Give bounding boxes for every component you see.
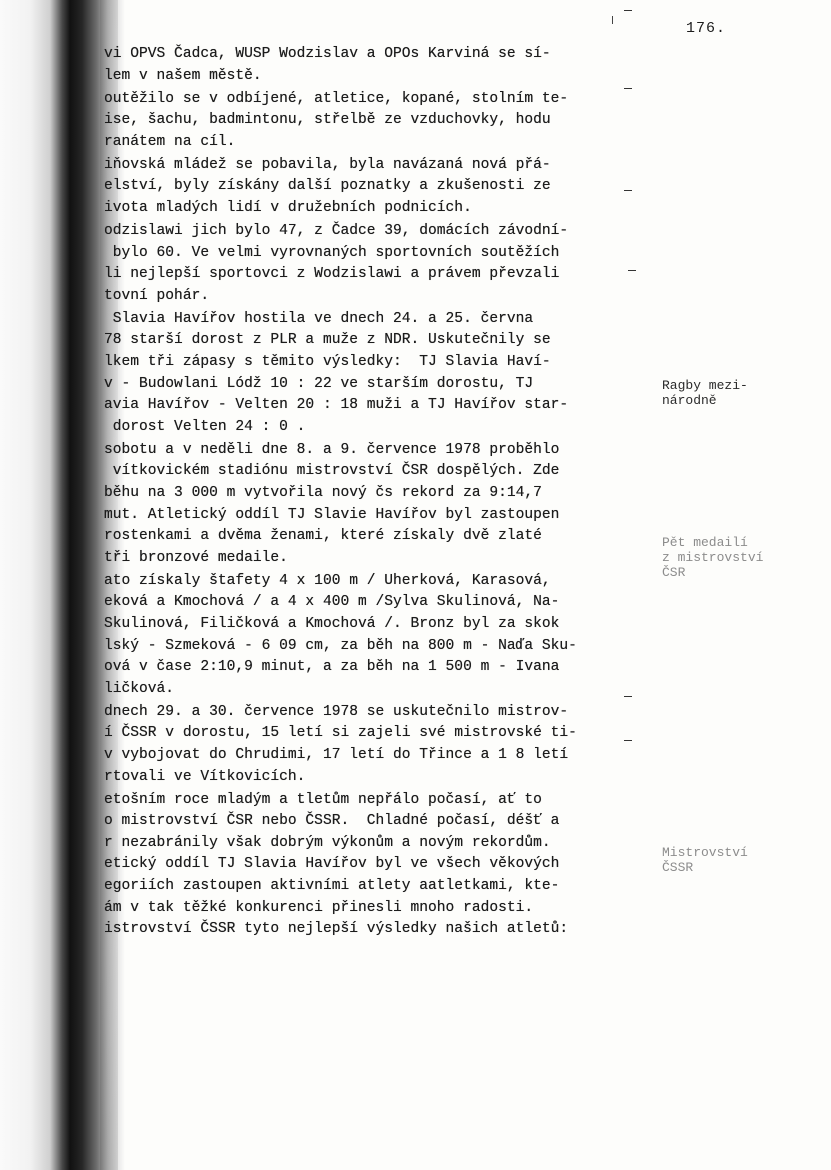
text-line: rtovali ve Vítkovicích. [104, 767, 305, 787]
text-line: v vybojovat do Chrudimi, 17 letí do Třin… [104, 745, 568, 765]
margin-note-five-medals: Pět medailí z mistrovství ČSR [662, 535, 763, 580]
text-line: dnech 29. a 30. července 1978 se uskuteč… [104, 702, 568, 722]
text-line: ise, šachu, badmintonu, střelbě ze vzduc… [104, 110, 551, 130]
text-line: ám v tak těžké konkurenci přinesli mnoho… [104, 898, 533, 918]
text-line: lský - Szmeková - 6 09 cm, za běh na 800… [104, 636, 577, 656]
text-line: li nejlepší sportovci z Wodzislawi a prá… [104, 264, 559, 284]
text-line: rostenkami a dvěma ženami, které získaly… [104, 526, 542, 546]
page-number: 176. [686, 20, 726, 37]
hyphen-mark [624, 740, 632, 741]
hyphen-mark [624, 10, 632, 11]
text-line: lkem tři zápasy s těmito výsledky: TJ Sl… [104, 352, 551, 372]
text-line: 78 starší dorost z PLR a muže z NDR. Usk… [104, 330, 551, 350]
text-line: ová v čase 2:10,9 minut, a za běh na 1 5… [104, 657, 559, 677]
hyphen-mark [628, 270, 636, 271]
hyphen-mark [624, 696, 632, 697]
text-line: bylo 60. Ve velmi vyrovnaných sportovníc… [104, 243, 559, 263]
pencil-tick-mark [612, 16, 613, 24]
text-line: mut. Atletický oddíl TJ Slavie Havířov b… [104, 505, 559, 525]
text-line: ličková. [104, 679, 174, 699]
text-line: ato získaly štafety 4 x 100 m / Uherková… [104, 571, 551, 591]
text-line: istrovství ČSSR tyto nejlepší výsledky n… [104, 919, 568, 939]
text-line: eková a Kmochová / a 4 x 400 m /Sylva Sk… [104, 592, 559, 612]
hyphen-mark [624, 88, 632, 89]
text-line: tři bronzové medaile. [104, 548, 288, 568]
text-line: odzislawi jich bylo 47, z Čadce 39, domá… [104, 221, 568, 241]
text-line: ranátem na cíl. [104, 132, 235, 152]
text-line: elství, byly získány další poznatky a zk… [104, 176, 551, 196]
text-line: Skulinová, Filičková a Kmochová /. Bronz… [104, 614, 559, 634]
text-line: ivota mladých lidí v družebních podnicíc… [104, 198, 472, 218]
text-line: iňovská mládež se pobavila, byla navázan… [104, 155, 551, 175]
text-line: v - Budowlani Lódž 10 : 22 ve starším do… [104, 374, 533, 394]
hyphen-mark [624, 190, 632, 191]
text-line: vi OPVS Čadca, WUSP Wodzislav a OPOs Kar… [104, 44, 551, 64]
text-line: dorost Velten 24 : 0 . [104, 417, 305, 437]
text-line: sobotu a v neděli dne 8. a 9. července 1… [104, 440, 559, 460]
text-line: avia Havířov - Velten 20 : 18 muži a TJ … [104, 395, 568, 415]
text-line: etický oddíl TJ Slavia Havířov byl ve vš… [104, 854, 559, 874]
margin-note-csr-championship: Mistrovství ČSSR [662, 845, 748, 875]
margin-note-rugby: Ragby mezi- národně [662, 378, 748, 408]
text-line: tovní pohár. [104, 286, 209, 306]
text-line: vítkovickém stadiónu mistrovství ČSR dos… [104, 461, 559, 481]
text-line: etošním roce mladým a tletům nepřálo poč… [104, 790, 542, 810]
text-line: r nezabránily však dobrým výkonům a nový… [104, 833, 551, 853]
text-line: outěžilo se v odbíjené, atletice, kopané… [104, 89, 568, 109]
text-line: egoriích zastoupen aktivními atlety aatl… [104, 876, 559, 896]
text-line: běhu na 3 000 m vytvořila nový čs rekord… [104, 483, 542, 503]
text-line: í ČSSR v dorostu, 15 letí si zajeli své … [104, 723, 577, 743]
text-line: lem v našem městě. [104, 66, 262, 86]
text-line: Slavia Havířov hostila ve dnech 24. a 25… [104, 309, 533, 329]
text-line: o mistrovství ČSR nebo ČSSR. Chladné poč… [104, 811, 559, 831]
